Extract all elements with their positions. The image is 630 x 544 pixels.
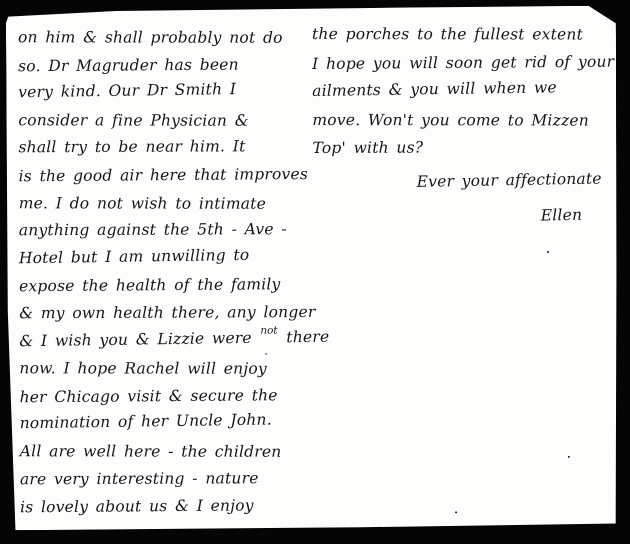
handwritten-line: expose the health of the family — [19, 271, 319, 301]
signature: Ellen — [540, 200, 613, 230]
handwritten-line: the porches to the fullest extent — [312, 20, 612, 49]
handwritten-line: consider a fine Physician & — [18, 107, 318, 135]
scan-speck — [455, 511, 457, 513]
handwritten-line: now. I hope Rachel will enjoy — [19, 355, 319, 383]
handwritten-line: move. Won't you come to Mizzen — [312, 105, 612, 134]
handwritten-line-with-insertion: & I wish you & Lizzie were not there — [19, 323, 319, 355]
handwritten-line: nomination of her Uncle John. — [19, 406, 319, 438]
right-text-column: the porches to the fullest extent I hope… — [312, 19, 613, 230]
handwritten-line: me. I do not wish to intimate — [19, 190, 319, 218]
letter-page: on him & shall probably not do so. Dr Ma… — [6, 6, 618, 531]
scan-speck — [383, 535, 386, 537]
handwritten-line: Hotel but I am unwilling to — [19, 241, 319, 273]
closing-line: Ever your affectionate — [416, 164, 612, 196]
handwritten-line: very kind. Our Dr Smith I — [18, 75, 318, 107]
handwritten-line: are very interesting - nature — [20, 464, 320, 493]
left-text-column: on him & shall probably not do so. Dr Ma… — [18, 23, 320, 521]
inserted-word-above-line: not — [260, 324, 277, 336]
handwritten-line: shall try to be near him. It — [18, 133, 318, 162]
line-text-before-insertion: & I wish you & Lizzie were — [19, 328, 252, 349]
handwritten-line: & my own health there, any longer — [19, 299, 319, 328]
handwritten-line: All are well here - the children — [20, 438, 320, 466]
handwritten-line: is the good air here that improves — [18, 161, 318, 191]
handwritten-line: is lovely about us & I enjoy — [20, 492, 320, 522]
handwritten-line: Top' with us? — [312, 133, 612, 163]
scan-speck — [547, 251, 549, 253]
line-text-after-insertion: there — [286, 327, 329, 346]
handwritten-line: on him & shall probably not do — [18, 24, 318, 52]
letter-scan: on him & shall probably not do so. Dr Ma… — [0, 0, 630, 544]
scan-speck — [568, 456, 570, 458]
handwritten-line: ailments & you will when we — [312, 73, 612, 106]
